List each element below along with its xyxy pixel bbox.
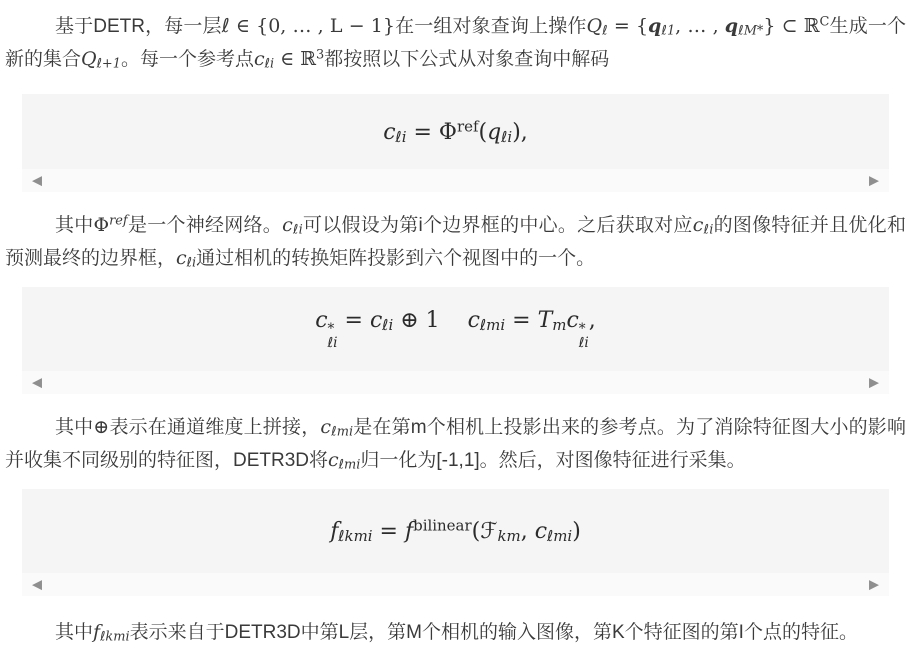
scroll-right-icon[interactable]: ▶: [869, 578, 879, 591]
formula-2-scrollbar[interactable]: ◀ ▶: [22, 371, 889, 394]
scroll-right-icon[interactable]: ▶: [869, 376, 879, 389]
math-supsub: *ℓi: [328, 323, 338, 350]
paragraph-neural-network: 其中Φref是一个神经网络。cℓi可以假设为第i个边界框的中心。之后获取对应cℓ…: [5, 209, 906, 275]
math-supsub: *ℓi: [579, 323, 589, 350]
formula-bilinear-sampling: fℓkmi = fbilinear(ℱkm, cℓmi): [330, 518, 581, 544]
paragraph-concat-normalize: 其中⊕表示在通道维度上拼接，cℓmi是在第m个相机上投影出来的参考点。为了消除特…: [5, 411, 906, 477]
document-body: 基于DETR，每一层ℓ ∈ {0, … , L − 1}在一组对象查询上操作Qℓ…: [0, 10, 911, 649]
formula-block-1: cℓi = Φref(qℓi), ◀ ▶: [22, 94, 889, 192]
formula-block-3: fℓkmi = fbilinear(ℱkm, cℓmi) ◀ ▶: [22, 489, 889, 596]
scroll-left-icon[interactable]: ◀: [32, 578, 42, 591]
formula-block-2: c*ℓi = cℓi ⊕ 1 cℓmi = Tmc*ℓi, ◀ ▶: [22, 287, 889, 394]
scroll-left-icon[interactable]: ◀: [32, 174, 42, 187]
formula-area-3: fℓkmi = fbilinear(ℱkm, cℓmi): [22, 489, 889, 573]
paragraph-feature-meaning: 其中fℓkmi表示来自于DETR3D中第L层，第M个相机的输入图像，第K个特征图…: [5, 616, 906, 649]
formula-reference-point-decode: cℓi = Φref(qℓi),: [383, 119, 528, 145]
formula-1-scrollbar[interactable]: ◀ ▶: [22, 169, 889, 192]
formula-camera-projection: c*ℓi = cℓi ⊕ 1 cℓmi = Tmc*ℓi,: [315, 307, 596, 350]
scroll-left-icon[interactable]: ◀: [32, 376, 42, 389]
formula-area-1: cℓi = Φref(qℓi),: [22, 94, 889, 169]
formula-3-scrollbar[interactable]: ◀ ▶: [22, 573, 889, 596]
formula-area-2: c*ℓi = cℓi ⊕ 1 cℓmi = Tmc*ℓi,: [22, 287, 889, 371]
paragraph-intro-detr: 基于DETR，每一层ℓ ∈ {0, … , L − 1}在一组对象查询上操作Qℓ…: [5, 10, 906, 76]
scroll-right-icon[interactable]: ▶: [869, 174, 879, 187]
